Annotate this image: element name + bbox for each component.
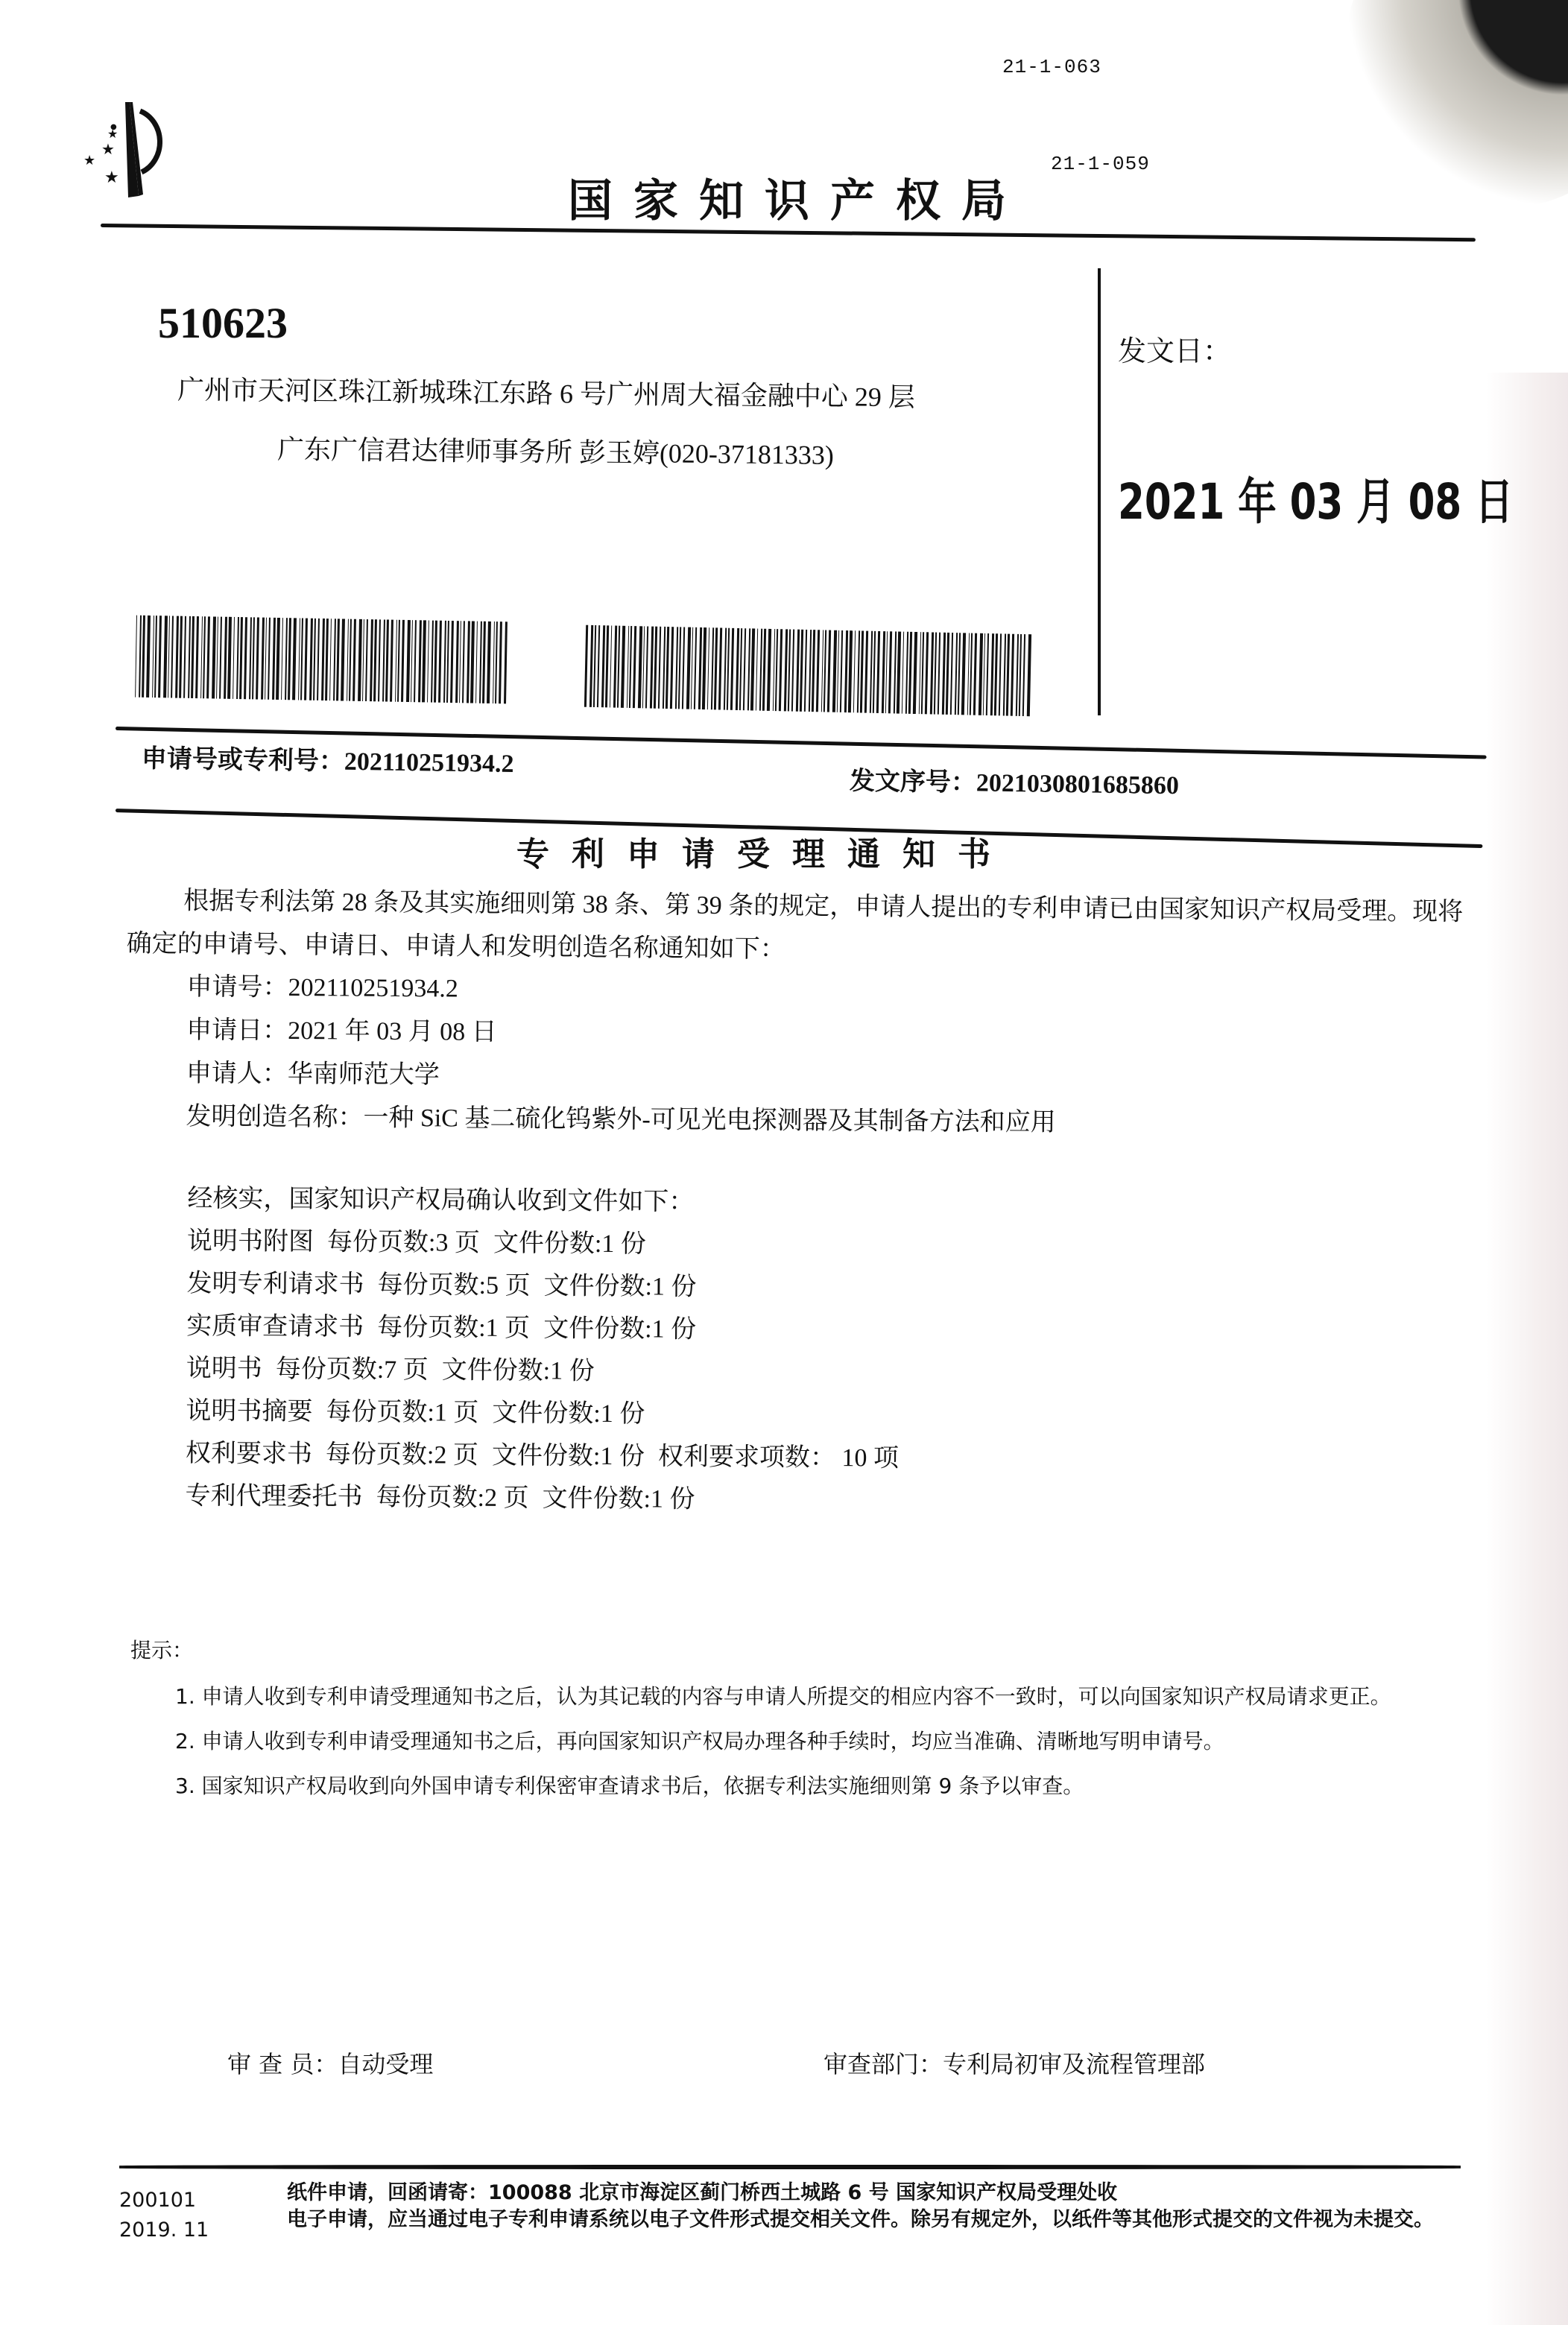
file-copies: 文件份数:1 份: [492, 1399, 645, 1428]
footer-text: 纸件申请，回函请寄：100088 北京市海淀区蓟门桥西土城路 6 号 国家知识产…: [287, 2180, 1457, 2233]
issue-date: 2021 年 03 月 08 日: [1118, 462, 1514, 533]
file-row: 说明书摘要每份页数:1 页文件份数:1 份: [186, 1390, 912, 1437]
svg-text:★: ★: [104, 168, 119, 187]
notice-fields: 申请号：202110251934.2申请日：2021 年 03 月 08 日申请…: [186, 966, 1057, 1145]
notice-field-row: 申请日：2021 年 03 月 08 日: [186, 1009, 1057, 1058]
svg-text:●: ●: [110, 123, 117, 131]
department-value: 专利局初审及流程管理部: [943, 2050, 1205, 2078]
file-name: 说明书附图: [187, 1227, 314, 1256]
notice-field-value: 一种 SiC 基二硫化钨紫外-可见光电探测器及其制备方法和应用: [363, 1104, 1056, 1136]
file-name: 权利要求书: [186, 1440, 312, 1468]
notice-title: 专利申请受理通知书: [516, 827, 1013, 875]
serial-number-value: 2021030801685860: [976, 769, 1179, 800]
notice-field-row: 申请人：华南师范大学: [186, 1052, 1057, 1101]
file-row: 专利代理委托书每份页数:2 页文件份数:1 份: [185, 1475, 911, 1522]
hint-item: 3. 国家知识产权局收到向外国申请专利保密审查请求书后，依据专利法实施细则第 9…: [130, 1768, 1472, 1805]
notice-field-value: 202110251934.2: [288, 974, 458, 1003]
doc-code-2: 21-1-059: [1051, 153, 1150, 175]
file-pages: 每份页数:3 页: [327, 1228, 480, 1256]
notice-field-label: 申请人：: [186, 1060, 288, 1088]
file-row: 发明专利请求书每份页数:5 页文件份数:1 份: [186, 1262, 913, 1310]
file-copies: 文件份数:1 份: [493, 1230, 646, 1258]
file-row: 说明书每份页数:7 页文件份数:1 份: [186, 1347, 913, 1395]
file-name: 实质审查请求书: [186, 1312, 364, 1341]
file-pages: 每份页数:1 页: [377, 1314, 530, 1342]
application-number-row: 申请号或专利号：202110251934.2: [142, 738, 514, 779]
department-row: 审查部门：专利局初审及流程管理部: [823, 2046, 1205, 2080]
footer-line-2: 电子申请，应当通过电子专利申请系统以电子文件形式提交相关文件。除另有规定外，以纸…: [287, 2207, 1457, 2233]
svg-text:★: ★: [101, 140, 115, 158]
notice-intro: 根据专利法第 28 条及其实施细则第 38 条、第 39 条的规定，申请人提出的…: [126, 879, 1468, 978]
issue-date-label: 发文日：: [1118, 328, 1231, 369]
file-copies: 文件份数:1 份: [543, 1315, 696, 1343]
hints-section: 提示： 1. 申请人收到专利申请受理通知书之后，认为其记载的内容与申请人所提交的…: [130, 1632, 1472, 1812]
file-extra: 权利要求项数： 10 项: [658, 1443, 899, 1472]
file-name: 专利代理委托书: [185, 1482, 362, 1511]
hint-item: 1. 申请人收到专利申请受理通知书之后，认为其记载的内容与申请人所提交的相应内容…: [130, 1678, 1472, 1715]
serial-number-label: 发文序号：: [850, 768, 977, 797]
postcode: 510623: [158, 298, 288, 348]
file-copies: 文件份数:1 份: [442, 1356, 595, 1385]
notice-field-label: 申请号：: [186, 973, 288, 1002]
recipient-address: 广州市天河区珠江新城珠江东路 6 号广州周大福金融中心 29 层: [177, 369, 915, 414]
examiner-value: 自动受理: [338, 2050, 433, 2078]
file-name: 说明书: [186, 1355, 262, 1383]
examiner-label: 审 查 员：: [227, 2050, 338, 2078]
file-pages: 每份页数:5 页: [377, 1271, 530, 1300]
footer-rule: [119, 2165, 1461, 2169]
header-divider: [1098, 268, 1101, 715]
form-date: 2019. 11: [119, 2217, 209, 2244]
barcode-2: [584, 625, 1033, 717]
notice-field-label: 发明创造名称：: [186, 1103, 363, 1132]
serial-number-row: 发文序号：2021030801685860: [850, 760, 1180, 801]
doc-code-1: 21-1-063: [1002, 56, 1101, 78]
svg-text:★: ★: [83, 153, 95, 168]
notice-field-value: 华南师范大学: [288, 1060, 440, 1089]
file-copies: 文件份数:1 份: [543, 1272, 696, 1300]
received-files: 经核实，国家知识产权局确认收到文件如下： 说明书附图每份页数:3 页文件份数:1…: [185, 1177, 914, 1522]
file-pages: 每份页数:2 页: [326, 1440, 478, 1469]
agency-title: 国家知识产权局: [568, 165, 1027, 230]
file-row: 实质审查请求书每份页数:1 页文件份数:1 份: [186, 1305, 913, 1353]
hint-item: 2. 申请人收到专利申请受理通知书之后，再向国家知识产权局办理各种手续时，均应当…: [130, 1723, 1472, 1760]
hints-title: 提示：: [130, 1632, 1472, 1669]
notice-field-row: 发明创造名称：一种 SiC 基二硫化钨紫外-可见光电探测器及其制备方法和应用: [186, 1095, 1056, 1145]
footer-line-1: 纸件申请，回函请寄：100088 北京市海淀区蓟门桥西土城路 6 号 国家知识产…: [287, 2180, 1457, 2207]
file-name: 发明专利请求书: [186, 1270, 364, 1299]
file-copies: 文件份数:1 份: [542, 1484, 695, 1513]
notice-field-row: 申请号：202110251934.2: [186, 966, 1057, 1015]
file-pages: 每份页数:7 页: [276, 1356, 429, 1384]
paper-curl-shadow: [1344, 0, 1568, 209]
notice-field-label: 申请日：: [186, 1016, 288, 1045]
cnipa-logo-icon: ★ ★ ★ ★ ●: [67, 101, 209, 205]
file-row: 说明书附图每份页数:3 页文件份数:1 份: [187, 1220, 914, 1268]
application-number-label: 申请号或专利号：: [142, 745, 344, 776]
recipient-agent: 广东广信君达律师事务所 彭玉婷(020-37181333): [277, 428, 834, 472]
application-number-value: 202110251934.2: [344, 748, 514, 778]
notice-field-value: 2021 年 03 月 08 日: [288, 1017, 497, 1046]
file-name: 说明书摘要: [186, 1397, 312, 1426]
file-copies: 文件份数:1 份: [492, 1442, 645, 1470]
barcode-1: [135, 616, 509, 704]
form-code: 200101: [119, 2187, 196, 2214]
received-intro: 经核实，国家知识产权局确认收到文件如下：: [187, 1177, 914, 1225]
department-label: 审查部门：: [823, 2050, 943, 2078]
paper-edge-shadow: [1486, 373, 1568, 2325]
file-pages: 每份页数:1 页: [326, 1398, 478, 1426]
examiner-row: 审 查 员：自动受理: [227, 2046, 433, 2080]
file-row: 权利要求书每份页数:2 页文件份数:1 份权利要求项数： 10 项: [186, 1432, 912, 1480]
file-pages: 每份页数:2 页: [376, 1484, 528, 1512]
